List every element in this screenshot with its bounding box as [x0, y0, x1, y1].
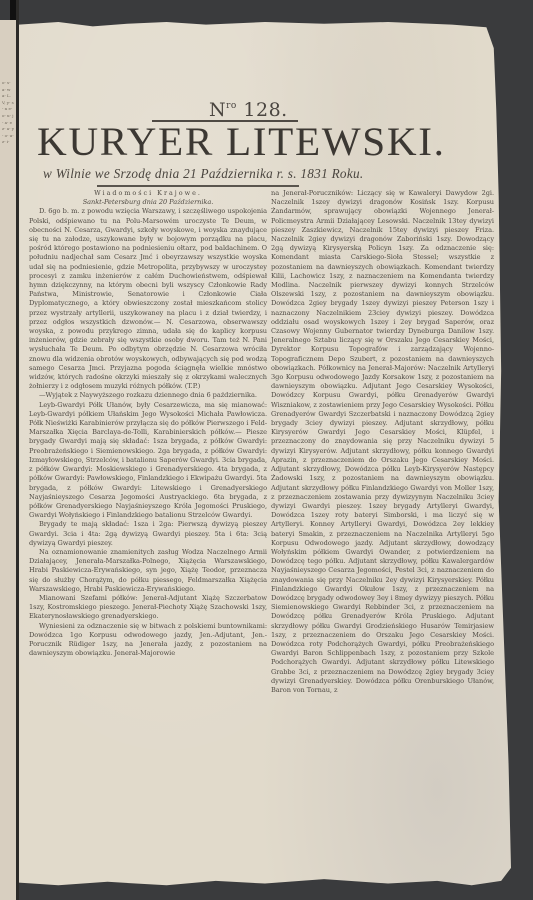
masthead-rule-bottom: [97, 185, 299, 187]
issue-number: Nro 128.: [209, 99, 288, 121]
article-paragraph: Mianowani Szefami półków: Jenerał-Adjuta…: [29, 594, 267, 622]
right-column: na Jenerał-Poruczników: Liczący się w Ka…: [271, 189, 494, 695]
newspaper-title: KURYER LITEWSKI.: [37, 120, 449, 164]
article-paragraph: D. 6go b. m. z powodu wzięcia Warszawy, …: [29, 207, 267, 391]
article-paragraph: —Wyjątek z Naywyższego rozkazu dziennego…: [29, 391, 267, 400]
left-column: Wiadomości Krajowe. Sankt-Petersburg dni…: [29, 189, 267, 658]
article-paragraph: Na oznamionowanie znamienitych zasług Wo…: [29, 548, 267, 594]
article-paragraph: Leyb-Gwardyi Półk Ułanów, były Cesarzewi…: [29, 401, 267, 521]
previous-page-text-fragments: o- s- a- w a- L. V, y- s- n e- o- u- j- …: [2, 80, 14, 146]
issue-label: N: [209, 99, 226, 121]
issue-dateline: w Wilnie we Srzodę dnia 21 Października …: [43, 166, 363, 182]
previous-page-edge: o- s- a- w a- L. V, y- s- n e- o- u- j- …: [0, 20, 16, 900]
article-dateline: Sankt-Petersburg dnia 20 Października.: [29, 198, 267, 207]
article-paragraph: Brygady te mają składać: 1sza i 2ga: Pie…: [29, 520, 267, 548]
issue-superscript: ro: [226, 101, 237, 111]
book-spine: [16, 0, 19, 900]
section-heading: Wiadomości Krajowe.: [29, 189, 267, 198]
issue-number-value: 128.: [243, 99, 287, 121]
article-paragraph: Wyniesieni za odznaczenie się w bitwach …: [29, 622, 267, 659]
article-paragraph: na Jenerał-Poruczników: Liczący się w Ka…: [271, 189, 494, 695]
newspaper-page: Nro 128. KURYER LITEWSKI. w Wilnie we Sr…: [19, 22, 511, 894]
